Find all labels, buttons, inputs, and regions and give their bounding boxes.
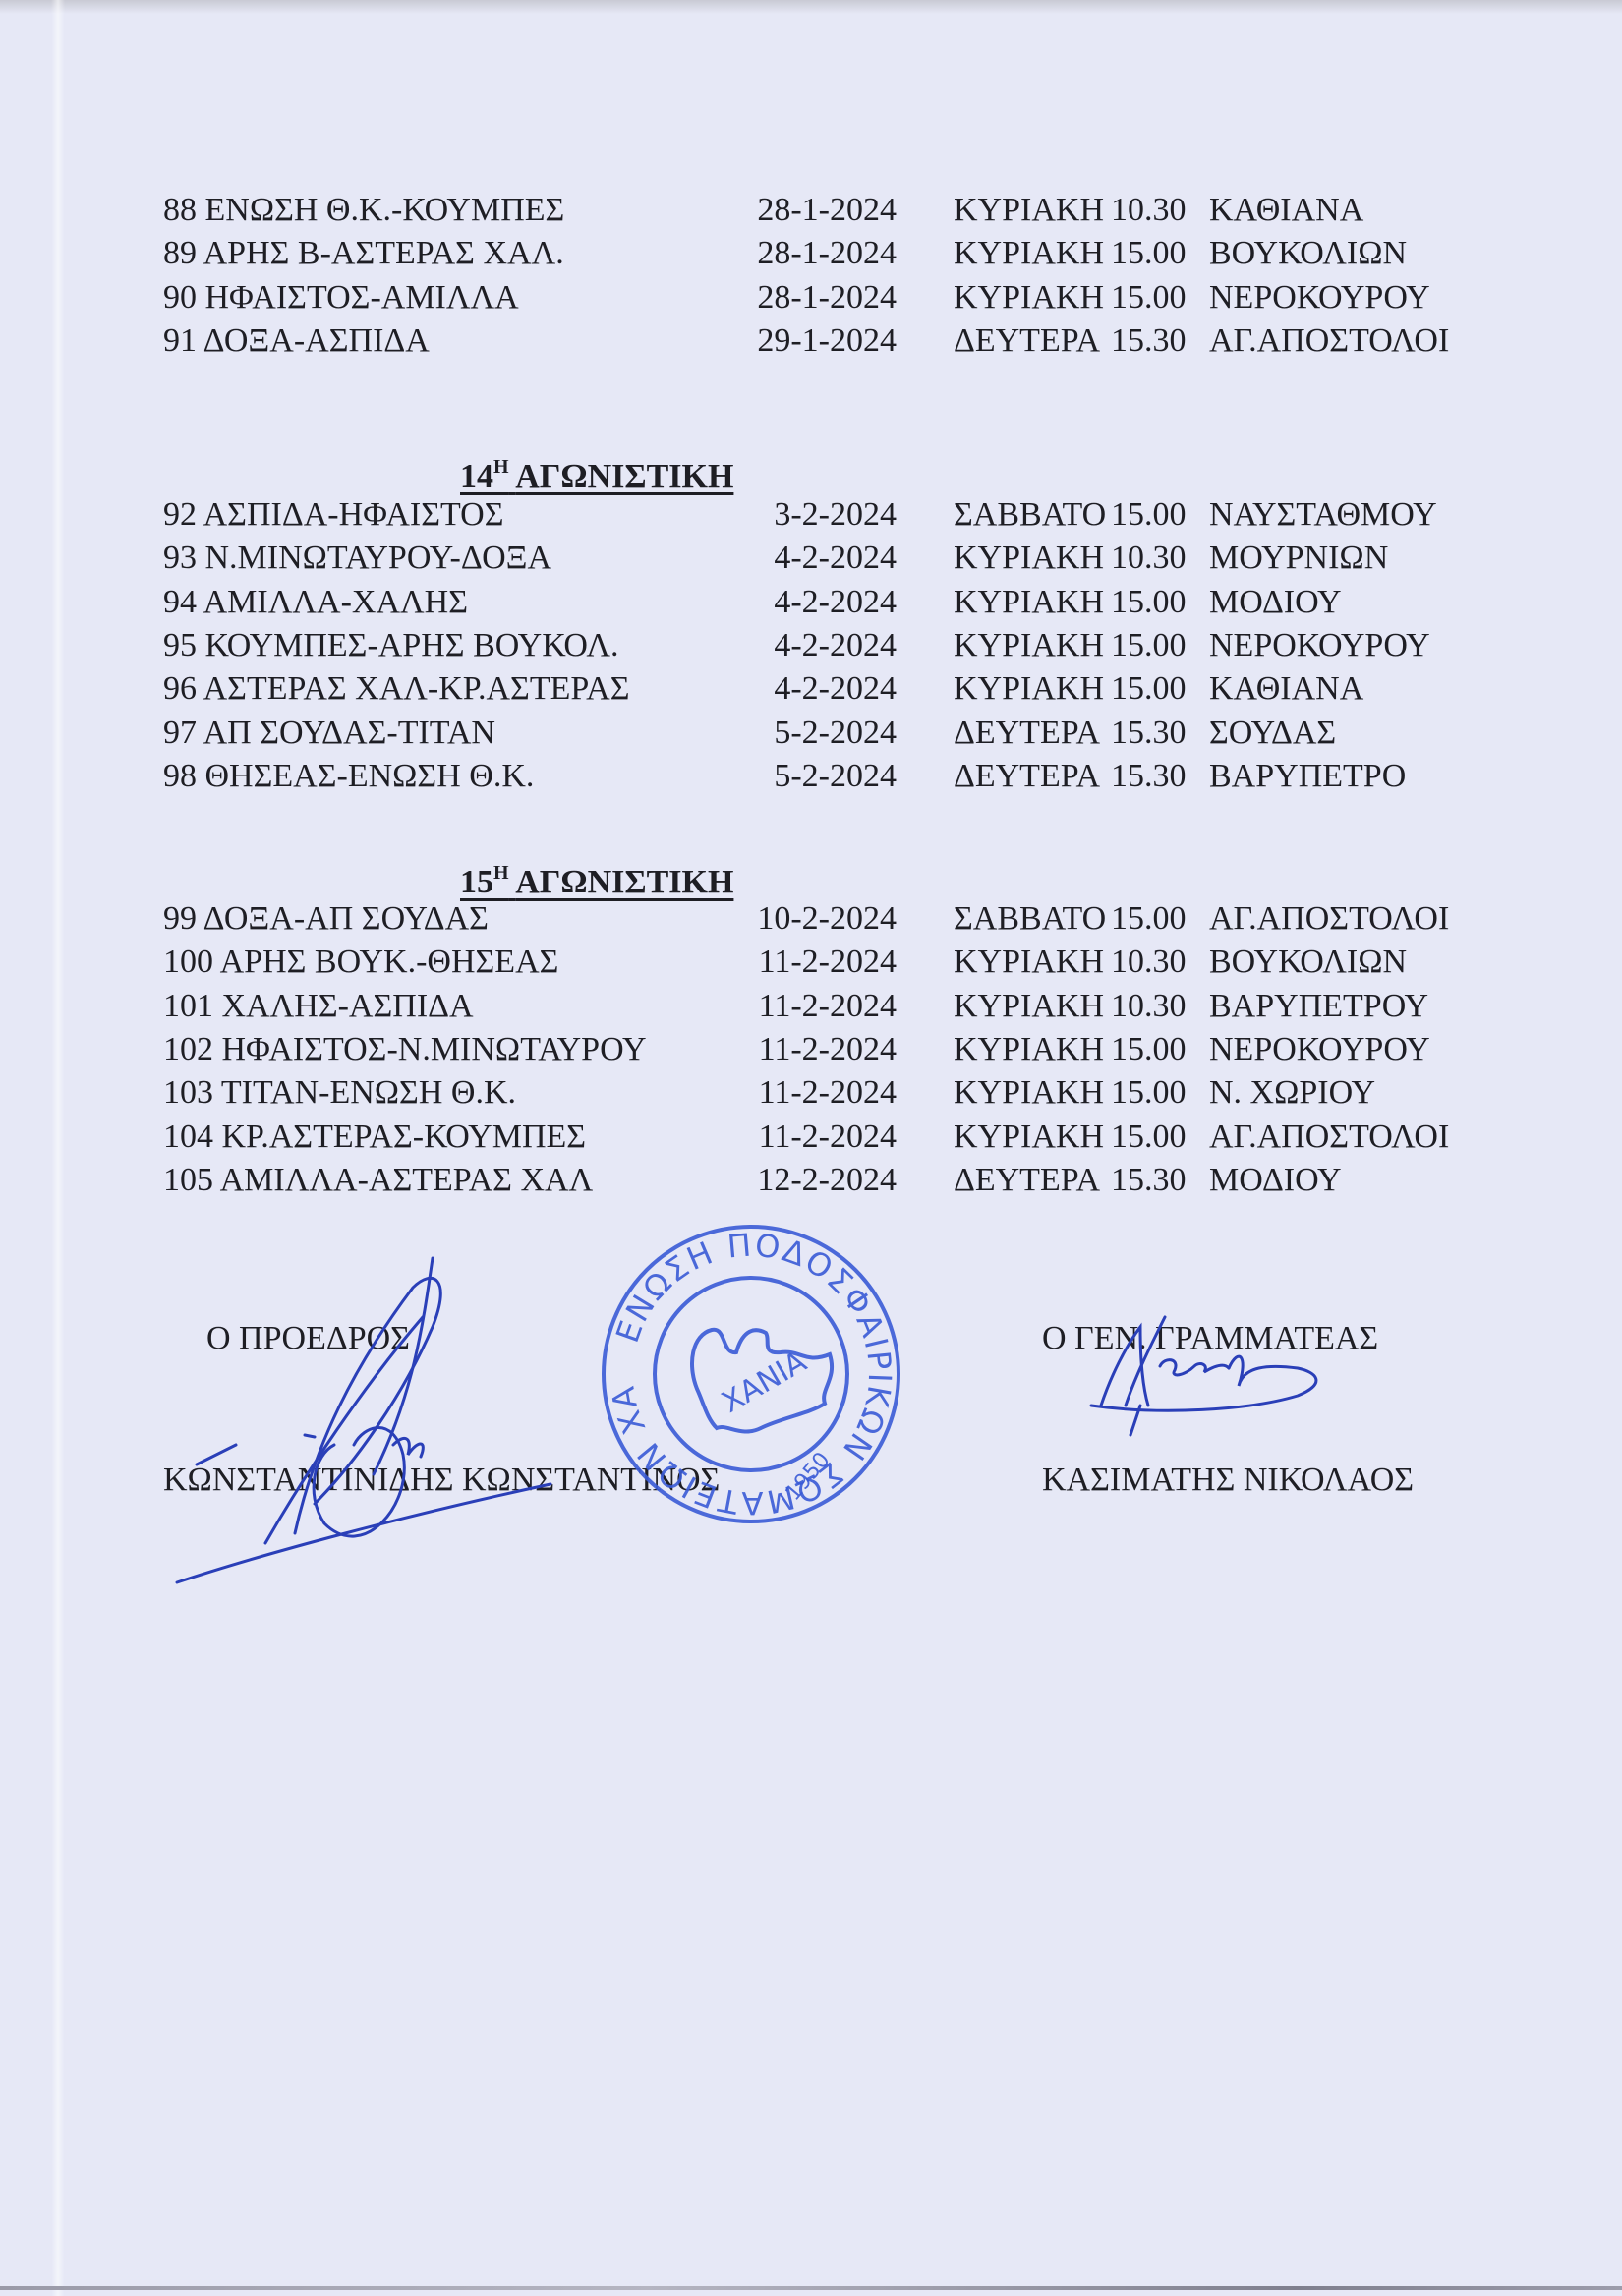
match-time: 15.00 (1111, 624, 1187, 667)
match-teams: ΑΣΠΙΔΑ-ΗΦΑΙΣΤΟΣ (203, 496, 504, 533)
match-venue: ΚΑΘΙΑΝΑ (1209, 189, 1363, 232)
match-fixture: 94 ΑΜΙΛΛΑ-ΧΑΛΗΣ (163, 581, 468, 624)
match-date: 11-2-2024 (688, 985, 897, 1028)
match-time: 10.30 (1111, 537, 1187, 580)
match-venue: ΑΓ.ΑΠΟΣΤΟΛΟΙ (1209, 319, 1449, 363)
match-date: 4-2-2024 (688, 667, 897, 711)
match-venue: ΜΟΔΙΟΥ (1209, 581, 1342, 624)
match-number: 91 (163, 322, 197, 359)
match-venue: ΒΟΥΚΟΛΙΩΝ (1209, 232, 1407, 275)
match-fixture: 100 ΑΡΗΣ ΒΟΥΚ.-ΘΗΣΕΑΣ (163, 941, 558, 984)
match-number: 96 (163, 670, 197, 707)
match-time: 15.30 (1111, 755, 1187, 798)
match-teams: ΑΜΙΛΛΑ-ΧΑΛΗΣ (203, 584, 468, 620)
match-date: 28-1-2024 (688, 276, 897, 319)
match-number: 103 (163, 1074, 213, 1111)
match-time: 15.30 (1111, 712, 1187, 755)
match-number: 89 (163, 235, 197, 271)
match-time: 15.00 (1111, 667, 1187, 711)
match-row: 93 Ν.ΜΙΝΩΤΑΥΡΟΥ-ΔΟΞΑ4-2-2024ΚΥΡΙΑΚΗ10.30… (0, 537, 1622, 580)
match-number: 98 (163, 758, 197, 794)
match-date: 11-2-2024 (688, 941, 897, 984)
match-row: 97 ΑΠ ΣΟΥΔΑΣ-ΤΙΤΑΝ5-2-2024ΔΕΥΤΕΡΑ15.30ΣΟ… (0, 712, 1622, 755)
match-date: 3-2-2024 (688, 493, 897, 537)
match-number: 102 (163, 1031, 213, 1067)
match-teams: ΚΟΥΜΠΕΣ-ΑΡΗΣ ΒΟΥΚΟΛ. (205, 627, 619, 663)
round-ordinal-suffix: Η (493, 862, 509, 884)
match-time: 10.30 (1111, 189, 1187, 232)
match-venue: ΚΑΘΙΑΝΑ (1209, 667, 1363, 711)
match-number: 93 (163, 540, 197, 576)
match-row: 98 ΘΗΣΕΑΣ-ΕΝΩΣΗ Θ.Κ.5-2-2024ΔΕΥΤΕΡΑ15.30… (0, 755, 1622, 798)
match-time: 15.00 (1111, 581, 1187, 624)
match-time: 15.30 (1111, 319, 1187, 363)
match-teams: ΑΡΗΣ Β-ΑΣΤΕΡΑΣ ΧΑΛ. (203, 235, 564, 271)
match-fixture: 104 ΚΡ.ΑΣΤΕΡΑΣ-ΚΟΥΜΠΕΣ (163, 1116, 586, 1159)
match-day: ΚΥΡΙΑΚΗ (954, 667, 1104, 711)
match-number: 90 (163, 279, 197, 316)
secretary-signature (1072, 1307, 1347, 1445)
round-label: ΑΓΩΝΙΣΤΙΚΗ (515, 864, 733, 900)
match-day: ΚΥΡΙΑΚΗ (954, 1116, 1104, 1159)
match-teams: ΔΟΞΑ-ΑΣΠΙΔΑ (203, 322, 430, 359)
match-day: ΚΥΡΙΑΚΗ (954, 1028, 1104, 1071)
match-fixture: 99 ΔΟΞΑ-ΑΠ ΣΟΥΔΑΣ (163, 897, 489, 941)
president-signature (167, 1248, 580, 1592)
round-number: 14 (460, 458, 493, 494)
match-number: 101 (163, 988, 213, 1024)
match-teams: ΗΦΑΙΣΤΟΣ-ΑΜΙΛΛΑ (205, 279, 519, 316)
match-day: ΚΥΡΙΑΚΗ (954, 985, 1104, 1028)
match-date: 12-2-2024 (688, 1159, 897, 1202)
match-teams: ΗΦΑΙΣΤΟΣ-Ν.ΜΙΝΩΤΑΥΡΟΥ (222, 1031, 647, 1067)
match-venue: Ν. ΧΩΡΙΟΥ (1209, 1071, 1375, 1115)
match-time: 15.00 (1111, 276, 1187, 319)
match-row: 99 ΔΟΞΑ-ΑΠ ΣΟΥΔΑΣ10-2-2024ΣΑΒΒΑΤΟ15.00ΑΓ… (0, 897, 1622, 941)
match-day: ΣΑΒΒΑΤΟ (954, 493, 1106, 537)
match-date: 4-2-2024 (688, 624, 897, 667)
match-time: 15.00 (1111, 1071, 1187, 1115)
match-day: ΚΥΡΙΑΚΗ (954, 581, 1104, 624)
match-row: 89 ΑΡΗΣ Β-ΑΣΤΕΡΑΣ ΧΑΛ.28-1-2024ΚΥΡΙΑΚΗ15… (0, 232, 1622, 275)
match-row: 92 ΑΣΠΙΔΑ-ΗΦΑΙΣΤΟΣ3-2-2024ΣΑΒΒΑΤΟ15.00ΝΑ… (0, 493, 1622, 537)
match-day: ΚΥΡΙΑΚΗ (954, 232, 1104, 275)
match-time: 15.00 (1111, 1116, 1187, 1159)
match-teams: ΑΣΤΕΡΑΣ ΧΑΛ-ΚΡ.ΑΣΤΕΡΑΣ (203, 670, 630, 707)
match-day: ΚΥΡΙΑΚΗ (954, 537, 1104, 580)
match-number: 97 (163, 715, 197, 751)
match-teams: ΑΠ ΣΟΥΔΑΣ-ΤΙΤΑΝ (203, 715, 495, 751)
match-row: 95 ΚΟΥΜΠΕΣ-ΑΡΗΣ ΒΟΥΚΟΛ.4-2-2024ΚΥΡΙΑΚΗ15… (0, 624, 1622, 667)
match-teams: Ν.ΜΙΝΩΤΑΥΡΟΥ-ΔΟΞΑ (205, 540, 552, 576)
match-row: 103 ΤΙΤΑΝ-ΕΝΩΣΗ Θ.Κ.11-2-2024ΚΥΡΙΑΚΗ15.0… (0, 1071, 1622, 1115)
match-venue: ΜΟΥΡΝΙΩΝ (1209, 537, 1388, 580)
match-row: 101 ΧΑΛΗΣ-ΑΣΠΙΔΑ11-2-2024ΚΥΡΙΑΚΗ10.30ΒΑΡ… (0, 985, 1622, 1028)
round-label: ΑΓΩΝΙΣΤΙΚΗ (515, 458, 733, 494)
round-title: 15Η ΑΓΩΝΙΣΤΙΚΗ (460, 851, 733, 904)
match-teams: ΑΡΗΣ ΒΟΥΚ.-ΘΗΣΕΑΣ (220, 944, 559, 980)
match-fixture: 92 ΑΣΠΙΔΑ-ΗΦΑΙΣΤΟΣ (163, 493, 504, 537)
match-teams: ΕΝΩΣΗ Θ.Κ.-ΚΟΥΜΠΕΣ (205, 192, 565, 228)
match-number: 105 (163, 1162, 213, 1198)
match-date: 29-1-2024 (688, 319, 897, 363)
fixture-document: 88 ΕΝΩΣΗ Θ.Κ.-ΚΟΥΜΠΕΣ28-1-2024ΚΥΡΙΑΚΗ10.… (0, 0, 1622, 2296)
match-venue: ΝΑΥΣΤΑΘΜΟΥ (1209, 493, 1437, 537)
match-number: 94 (163, 584, 197, 620)
official-stamp: ΕΝΩΣΗ ΠΟΔΟΣΦΑΙΡΙΚΩΝ ΣΩΜΑΤΕΙΩΝ ΧΑΝΙΩΝ ΧΑΝ… (594, 1217, 908, 1531)
match-teams: ΚΡ.ΑΣΤΕΡΑΣ-ΚΟΥΜΠΕΣ (222, 1119, 587, 1155)
match-venue: ΒΑΡΥΠΕΤΡΟΥ (1209, 985, 1428, 1028)
match-fixture: 101 ΧΑΛΗΣ-ΑΣΠΙΔΑ (163, 985, 474, 1028)
match-date: 28-1-2024 (688, 232, 897, 275)
match-fixture: 97 ΑΠ ΣΟΥΔΑΣ-ΤΙΤΑΝ (163, 712, 495, 755)
match-fixture: 105 ΑΜΙΛΛΑ-ΑΣΤΕΡΑΣ ΧΑΛ (163, 1159, 593, 1202)
match-fixture: 93 Ν.ΜΙΝΩΤΑΥΡΟΥ-ΔΟΞΑ (163, 537, 551, 580)
match-venue: ΜΟΔΙΟΥ (1209, 1159, 1342, 1202)
match-time: 15.00 (1111, 1028, 1187, 1071)
match-fixture: 89 ΑΡΗΣ Β-ΑΣΤΕΡΑΣ ΧΑΛ. (163, 232, 564, 275)
match-fixture: 103 ΤΙΤΑΝ-ΕΝΩΣΗ Θ.Κ. (163, 1071, 516, 1115)
match-day: ΔΕΥΤΕΡΑ (954, 712, 1100, 755)
match-date: 10-2-2024 (688, 897, 897, 941)
match-fixture: 88 ΕΝΩΣΗ Θ.Κ.-ΚΟΥΜΠΕΣ (163, 189, 564, 232)
round-title: 14Η ΑΓΩΝΙΣΤΙΚΗ (460, 445, 733, 498)
match-row: 104 ΚΡ.ΑΣΤΕΡΑΣ-ΚΟΥΜΠΕΣ11-2-2024ΚΥΡΙΑΚΗ15… (0, 1116, 1622, 1159)
match-time: 15.00 (1111, 232, 1187, 275)
round-ordinal-suffix: Η (493, 456, 509, 478)
secretary-name: ΚΑΣΙΜΑΤΗΣ ΝΙΚΟΛΑΟΣ (1042, 1459, 1414, 1502)
match-fixture: 95 ΚΟΥΜΠΕΣ-ΑΡΗΣ ΒΟΥΚΟΛ. (163, 624, 618, 667)
scan-edge-bottom (0, 2286, 1622, 2290)
match-date: 5-2-2024 (688, 755, 897, 798)
match-day: ΣΑΒΒΑΤΟ (954, 897, 1106, 941)
match-day: ΔΕΥΤΕΡΑ (954, 1159, 1100, 1202)
match-day: ΚΥΡΙΑΚΗ (954, 941, 1104, 984)
match-venue: ΑΓ.ΑΠΟΣΤΟΛΟΙ (1209, 1116, 1449, 1159)
match-number: 88 (163, 192, 197, 228)
match-day: ΚΥΡΙΑΚΗ (954, 1071, 1104, 1115)
match-venue: ΝΕΡΟΚΟΥΡΟΥ (1209, 276, 1430, 319)
match-teams: ΔΟΞΑ-ΑΠ ΣΟΥΔΑΣ (203, 900, 489, 937)
match-time: 15.00 (1111, 897, 1187, 941)
match-time: 10.30 (1111, 985, 1187, 1028)
match-fixture: 102 ΗΦΑΙΣΤΟΣ-Ν.ΜΙΝΩΤΑΥΡΟΥ (163, 1028, 647, 1071)
match-number: 104 (163, 1119, 213, 1155)
match-day: ΚΥΡΙΑΚΗ (954, 624, 1104, 667)
match-time: 10.30 (1111, 941, 1187, 984)
match-date: 5-2-2024 (688, 712, 897, 755)
match-row: 105 ΑΜΙΛΛΑ-ΑΣΤΕΡΑΣ ΧΑΛ12-2-2024ΔΕΥΤΕΡΑ15… (0, 1159, 1622, 1202)
match-date: 4-2-2024 (688, 581, 897, 624)
stamp-center-text: ΧΑΝΙΑ (717, 1345, 813, 1420)
match-number: 100 (163, 944, 213, 980)
match-teams: ΘΗΣΕΑΣ-ΕΝΩΣΗ Θ.Κ. (205, 758, 535, 794)
match-venue: ΒΑΡΥΠΕΤΡΟ (1209, 755, 1406, 798)
match-venue: ΑΓ.ΑΠΟΣΤΟΛΟΙ (1209, 897, 1449, 941)
match-number: 92 (163, 496, 197, 533)
round-number: 15 (460, 864, 493, 900)
match-day: ΚΥΡΙΑΚΗ (954, 189, 1104, 232)
match-time: 15.00 (1111, 493, 1187, 537)
match-fixture: 91 ΔΟΞΑ-ΑΣΠΙΔΑ (163, 319, 430, 363)
match-date: 11-2-2024 (688, 1116, 897, 1159)
match-row: 100 ΑΡΗΣ ΒΟΥΚ.-ΘΗΣΕΑΣ11-2-2024ΚΥΡΙΑΚΗ10.… (0, 941, 1622, 984)
match-number: 99 (163, 900, 197, 937)
match-teams: ΤΙΤΑΝ-ΕΝΩΣΗ Θ.Κ. (221, 1074, 516, 1111)
match-number: 95 (163, 627, 197, 663)
match-venue: ΒΟΥΚΟΛΙΩΝ (1209, 941, 1407, 984)
match-date: 4-2-2024 (688, 537, 897, 580)
match-time: 15.30 (1111, 1159, 1187, 1202)
match-date: 11-2-2024 (688, 1028, 897, 1071)
match-day: ΔΕΥΤΕΡΑ (954, 755, 1100, 798)
match-venue: ΝΕΡΟΚΟΥΡΟΥ (1209, 624, 1430, 667)
match-fixture: 96 ΑΣΤΕΡΑΣ ΧΑΛ-ΚΡ.ΑΣΤΕΡΑΣ (163, 667, 630, 711)
match-row: 102 ΗΦΑΙΣΤΟΣ-Ν.ΜΙΝΩΤΑΥΡΟΥ11-2-2024ΚΥΡΙΑΚ… (0, 1028, 1622, 1071)
match-date: 28-1-2024 (688, 189, 897, 232)
match-row: 88 ΕΝΩΣΗ Θ.Κ.-ΚΟΥΜΠΕΣ28-1-2024ΚΥΡΙΑΚΗ10.… (0, 189, 1622, 232)
match-teams: ΑΜΙΛΛΑ-ΑΣΤΕΡΑΣ ΧΑΛ (220, 1162, 594, 1198)
match-day: ΔΕΥΤΕΡΑ (954, 319, 1100, 363)
match-row: 91 ΔΟΞΑ-ΑΣΠΙΔΑ29-1-2024ΔΕΥΤΕΡΑ15.30ΑΓ.ΑΠ… (0, 319, 1622, 363)
match-fixture: 98 ΘΗΣΕΑΣ-ΕΝΩΣΗ Θ.Κ. (163, 755, 534, 798)
match-day: ΚΥΡΙΑΚΗ (954, 276, 1104, 319)
match-venue: ΝΕΡΟΚΟΥΡΟΥ (1209, 1028, 1430, 1071)
match-row: 90 ΗΦΑΙΣΤΟΣ-ΑΜΙΛΛΑ28-1-2024ΚΥΡΙΑΚΗ15.00Ν… (0, 276, 1622, 319)
match-teams: ΧΑΛΗΣ-ΑΣΠΙΔΑ (222, 988, 474, 1024)
match-date: 11-2-2024 (688, 1071, 897, 1115)
match-row: 94 ΑΜΙΛΛΑ-ΧΑΛΗΣ4-2-2024ΚΥΡΙΑΚΗ15.00ΜΟΔΙΟ… (0, 581, 1622, 624)
match-venue: ΣΟΥΔΑΣ (1209, 712, 1336, 755)
match-row: 96 ΑΣΤΕΡΑΣ ΧΑΛ-ΚΡ.ΑΣΤΕΡΑΣ4-2-2024ΚΥΡΙΑΚΗ… (0, 667, 1622, 711)
match-fixture: 90 ΗΦΑΙΣΤΟΣ-ΑΜΙΛΛΑ (163, 276, 519, 319)
